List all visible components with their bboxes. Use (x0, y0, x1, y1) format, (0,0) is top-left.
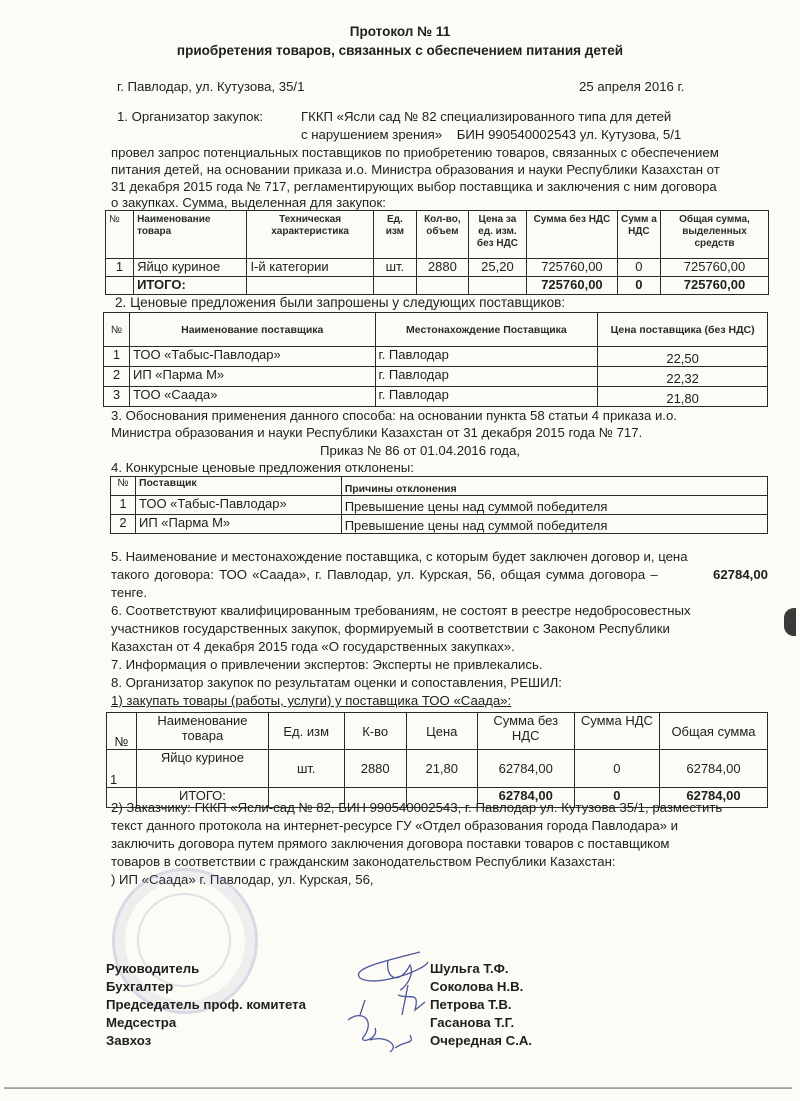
cell-number: 2 (111, 515, 136, 534)
cell-supplier-name: ТОО «Саада» (129, 387, 375, 407)
cell-empty (468, 277, 526, 295)
name-union-chair: Петрова Т.В. (430, 996, 532, 1014)
section1-line3: 31 декабря 2015 года № 717, регламентиру… (111, 179, 717, 195)
col-header-supplier: Поставщик (135, 477, 341, 496)
customer-instruction-line2: текст данного протокола на интернет-ресу… (111, 818, 768, 834)
col-header-number: № (106, 211, 134, 259)
suppliers-table: № Наименование поставщика Местонахождени… (103, 312, 768, 407)
col-header-number: № (104, 313, 130, 347)
table-row: 1 Яйцо куриное шт. 2880 21,80 62784,00 0… (107, 750, 768, 788)
col-header-vat: Сумм а НДС (617, 211, 660, 259)
page-bottom-edge (4, 1087, 792, 1089)
table-total-row: ИТОГО: 725760,00 0 725760,00 (106, 277, 769, 295)
col-header-vat: Сумма НДС (574, 713, 659, 750)
document-location: г. Павлодар, ул. Кутузова, 35/1 (117, 79, 304, 95)
cell-number: 1 (107, 750, 137, 788)
cell-unit-price: 25,20 (468, 259, 526, 277)
section3-line2: Министра образования и науки Республики … (111, 425, 642, 441)
cell-number: 1 (106, 259, 134, 277)
organizer-name-line2: с нарушением зрения» БИН 990540002543 ул… (301, 127, 681, 143)
cell-sum-no-vat: 725760,00 (527, 259, 618, 277)
cell-total: 62784,00 (659, 750, 767, 788)
table-row: 1 ТОО «Табыс-Павлодар» г. Павлодар 22,50 (104, 347, 768, 367)
col-header-total: Общая сумма (659, 713, 767, 750)
role-union-chair: Председатель проф. комитета (106, 996, 306, 1014)
cell-total: 725760,00 (660, 259, 768, 277)
cell-price: 21,80 (406, 750, 477, 788)
total-sum-no-vat: 725760,00 (527, 277, 618, 295)
cell-vat: 0 (574, 750, 659, 788)
contract-amount: 62784,00 (713, 567, 768, 583)
section8-line1: 8. Организатор закупок по результатам оц… (111, 675, 562, 691)
section5-line2: такого договора: ТОО «Саада», г. Павлода… (111, 567, 768, 583)
section3-line1: 3. Обоснования применения данного способ… (111, 408, 768, 424)
cell-supplier: ИП «Парма М» (135, 515, 341, 534)
section8-line2: 1) закупать товары (работы, услуги) у по… (111, 693, 511, 709)
table-row: 2 ИП «Парма М» г. Павлодар 22,32 (104, 367, 768, 387)
cell-supplier-name: ТОО «Табыс-Павлодар» (129, 347, 375, 367)
total-label: ИТОГО: (134, 277, 247, 295)
table-header-row: № Поставщик Причины отклонения (111, 477, 768, 496)
cell-empty (416, 277, 468, 295)
section5-text: такого договора: ТОО «Саада», г. Павлода… (111, 567, 658, 583)
table-header-row: № Наименование товара Техническая характ… (106, 211, 769, 259)
document-date: 25 апреля 2016 г. (579, 79, 684, 95)
section2-label: 2. Ценовые предложения были запрошены у … (115, 295, 565, 311)
cell-product: Яйцо куриное (134, 259, 247, 277)
cell-number: 1 (111, 496, 136, 515)
col-header-unit: Ед. изм (373, 211, 416, 259)
col-header-price: Цена (406, 713, 477, 750)
table-header-row: № Наименование товара Ед. изм К-во Цена … (107, 713, 768, 750)
cell-number: 1 (104, 347, 130, 367)
col-header-supplier-location: Местонахождение Поставщика (375, 313, 598, 347)
col-header-number: № (107, 713, 137, 750)
section7-line1: 7. Информация о привлечении экспертов: Э… (111, 657, 543, 673)
total-vat: 0 (617, 277, 660, 295)
table-row: 2 ИП «Парма М» Превышение цены над суммо… (111, 515, 768, 534)
name-director: Шульга Т.Ф. (430, 960, 532, 978)
cell-supplier-location: г. Павлодар (375, 367, 598, 387)
name-nurse: Гасанова Т.Г. (430, 1014, 532, 1032)
customer-instruction-line1: 2) Заказчику: ГККП «Ясли-сад № 82, БИН 9… (111, 800, 768, 816)
col-header-product: Наименование товара (136, 713, 268, 750)
col-header-total: Общая сумма, выделенных средств (660, 211, 768, 259)
col-header-sum-no-vat: Сумма без НДС (477, 713, 574, 750)
role-accountant: Бухгалтер (106, 978, 306, 996)
total-amount: 725760,00 (660, 277, 768, 295)
signatory-names: Шульга Т.Ф. Соколова Н.В. Петрова Т.В. Г… (430, 960, 532, 1050)
cell-empty (106, 277, 134, 295)
col-header-supplier-name: Наименование поставщика (129, 313, 375, 347)
cell-rejection-reason: Превышение цены над суммой победителя (341, 496, 767, 515)
allocated-budget-table: № Наименование товара Техническая характ… (105, 210, 769, 295)
role-nurse: Медсестра (106, 1014, 306, 1032)
cell-supplier: ТОО «Табыс-Павлодар» (135, 496, 341, 515)
section6-line3: Казахстан от 4 декабря 2015 года «О госу… (111, 639, 515, 655)
col-header-sum-no-vat: Сумма без НДС (527, 211, 618, 259)
purchase-decision-table: № Наименование товара Ед. изм К-во Цена … (106, 712, 768, 808)
cell-number: 2 (104, 367, 130, 387)
section5-line3: тенге. (111, 585, 147, 601)
cell-product: Яйцо куриное (136, 750, 268, 788)
col-header-product: Наименование товара (134, 211, 247, 259)
section4-label: 4. Конкурсные ценовые предложения отклон… (111, 460, 414, 476)
table-row: 1 Яйцо куриное І-й категории шт. 2880 25… (106, 259, 769, 277)
cell-supplier-price: 22,32 (598, 367, 768, 387)
section1-line4: о закупках. Сумма, выделенная для закупо… (111, 195, 386, 211)
document-title: Протокол № 11 (0, 24, 800, 40)
cell-vat: 0 (617, 259, 660, 277)
cell-supplier-price: 21,80 (598, 387, 768, 407)
cell-supplier-price: 22,50 (598, 347, 768, 367)
col-header-unit-price: Цена за ед. изм. без НДС (468, 211, 526, 259)
section5-line1: 5. Наименование и местонахождение постав… (111, 549, 768, 565)
col-header-unit: Ед. изм (268, 713, 344, 750)
cell-empty (247, 277, 373, 295)
section3-line3: Приказ № 86 от 01.04.2016 года, (320, 443, 520, 459)
cell-empty (373, 277, 416, 295)
col-header-number: № (111, 477, 136, 496)
col-header-qty: К-во (344, 713, 406, 750)
section1-line2: питания детей, на основании приказа и.о.… (111, 162, 720, 178)
cell-unit: шт. (268, 750, 344, 788)
document-subtitle: приобретения товаров, связанных с обеспе… (0, 43, 800, 59)
table-row: 3 ТОО «Саада» г. Павлодар 21,80 (104, 387, 768, 407)
col-header-spec: Техническая характеристика (247, 211, 373, 259)
section6-line1: 6. Соответствуют квалифицированным требо… (111, 603, 768, 619)
col-header-qty: Кол-во, объем (416, 211, 468, 259)
role-director: Руководитель (106, 960, 306, 978)
table-row: 1 ТОО «Табыс-Павлодар» Превышение цены н… (111, 496, 768, 515)
cell-qty: 2880 (344, 750, 406, 788)
role-supply-manager: Завхоз (106, 1032, 306, 1050)
col-header-rejection-reason: Причины отклонения (341, 477, 767, 496)
name-supply-manager: Очередная С.А. (430, 1032, 532, 1050)
name-accountant: Соколова Н.В. (430, 978, 532, 996)
cell-supplier-location: г. Павлодар (375, 387, 598, 407)
scan-edge-mark (784, 608, 796, 636)
cell-spec: І-й категории (247, 259, 373, 277)
cell-number: 3 (104, 387, 130, 407)
cell-supplier-name: ИП «Парма М» (129, 367, 375, 387)
cell-unit: шт. (373, 259, 416, 277)
organizer-label: 1. Организатор закупок: (117, 109, 263, 125)
section1-line1: провел запрос потенциальных поставщиков … (111, 145, 719, 161)
cell-rejection-reason: Превышение цены над суммой победителя (341, 515, 767, 534)
signatory-roles: Руководитель Бухгалтер Председатель проф… (106, 960, 306, 1050)
organizer-name-line1: ГККП «Ясли сад № 82 специализированного … (301, 109, 671, 125)
cell-supplier-location: г. Павлодар (375, 347, 598, 367)
rejected-offers-table: № Поставщик Причины отклонения 1 ТОО «Та… (110, 476, 768, 534)
customer-instruction-line3: заключить договора путем прямого заключе… (111, 836, 768, 852)
handwritten-signatures (330, 940, 440, 1060)
cell-qty: 2880 (416, 259, 468, 277)
cell-sum-no-vat: 62784,00 (477, 750, 574, 788)
section6-line2: участников государственных закупок, форм… (111, 621, 768, 637)
col-header-supplier-price: Цена поставщика (без НДС) (598, 313, 768, 347)
table-header-row: № Наименование поставщика Местонахождени… (104, 313, 768, 347)
